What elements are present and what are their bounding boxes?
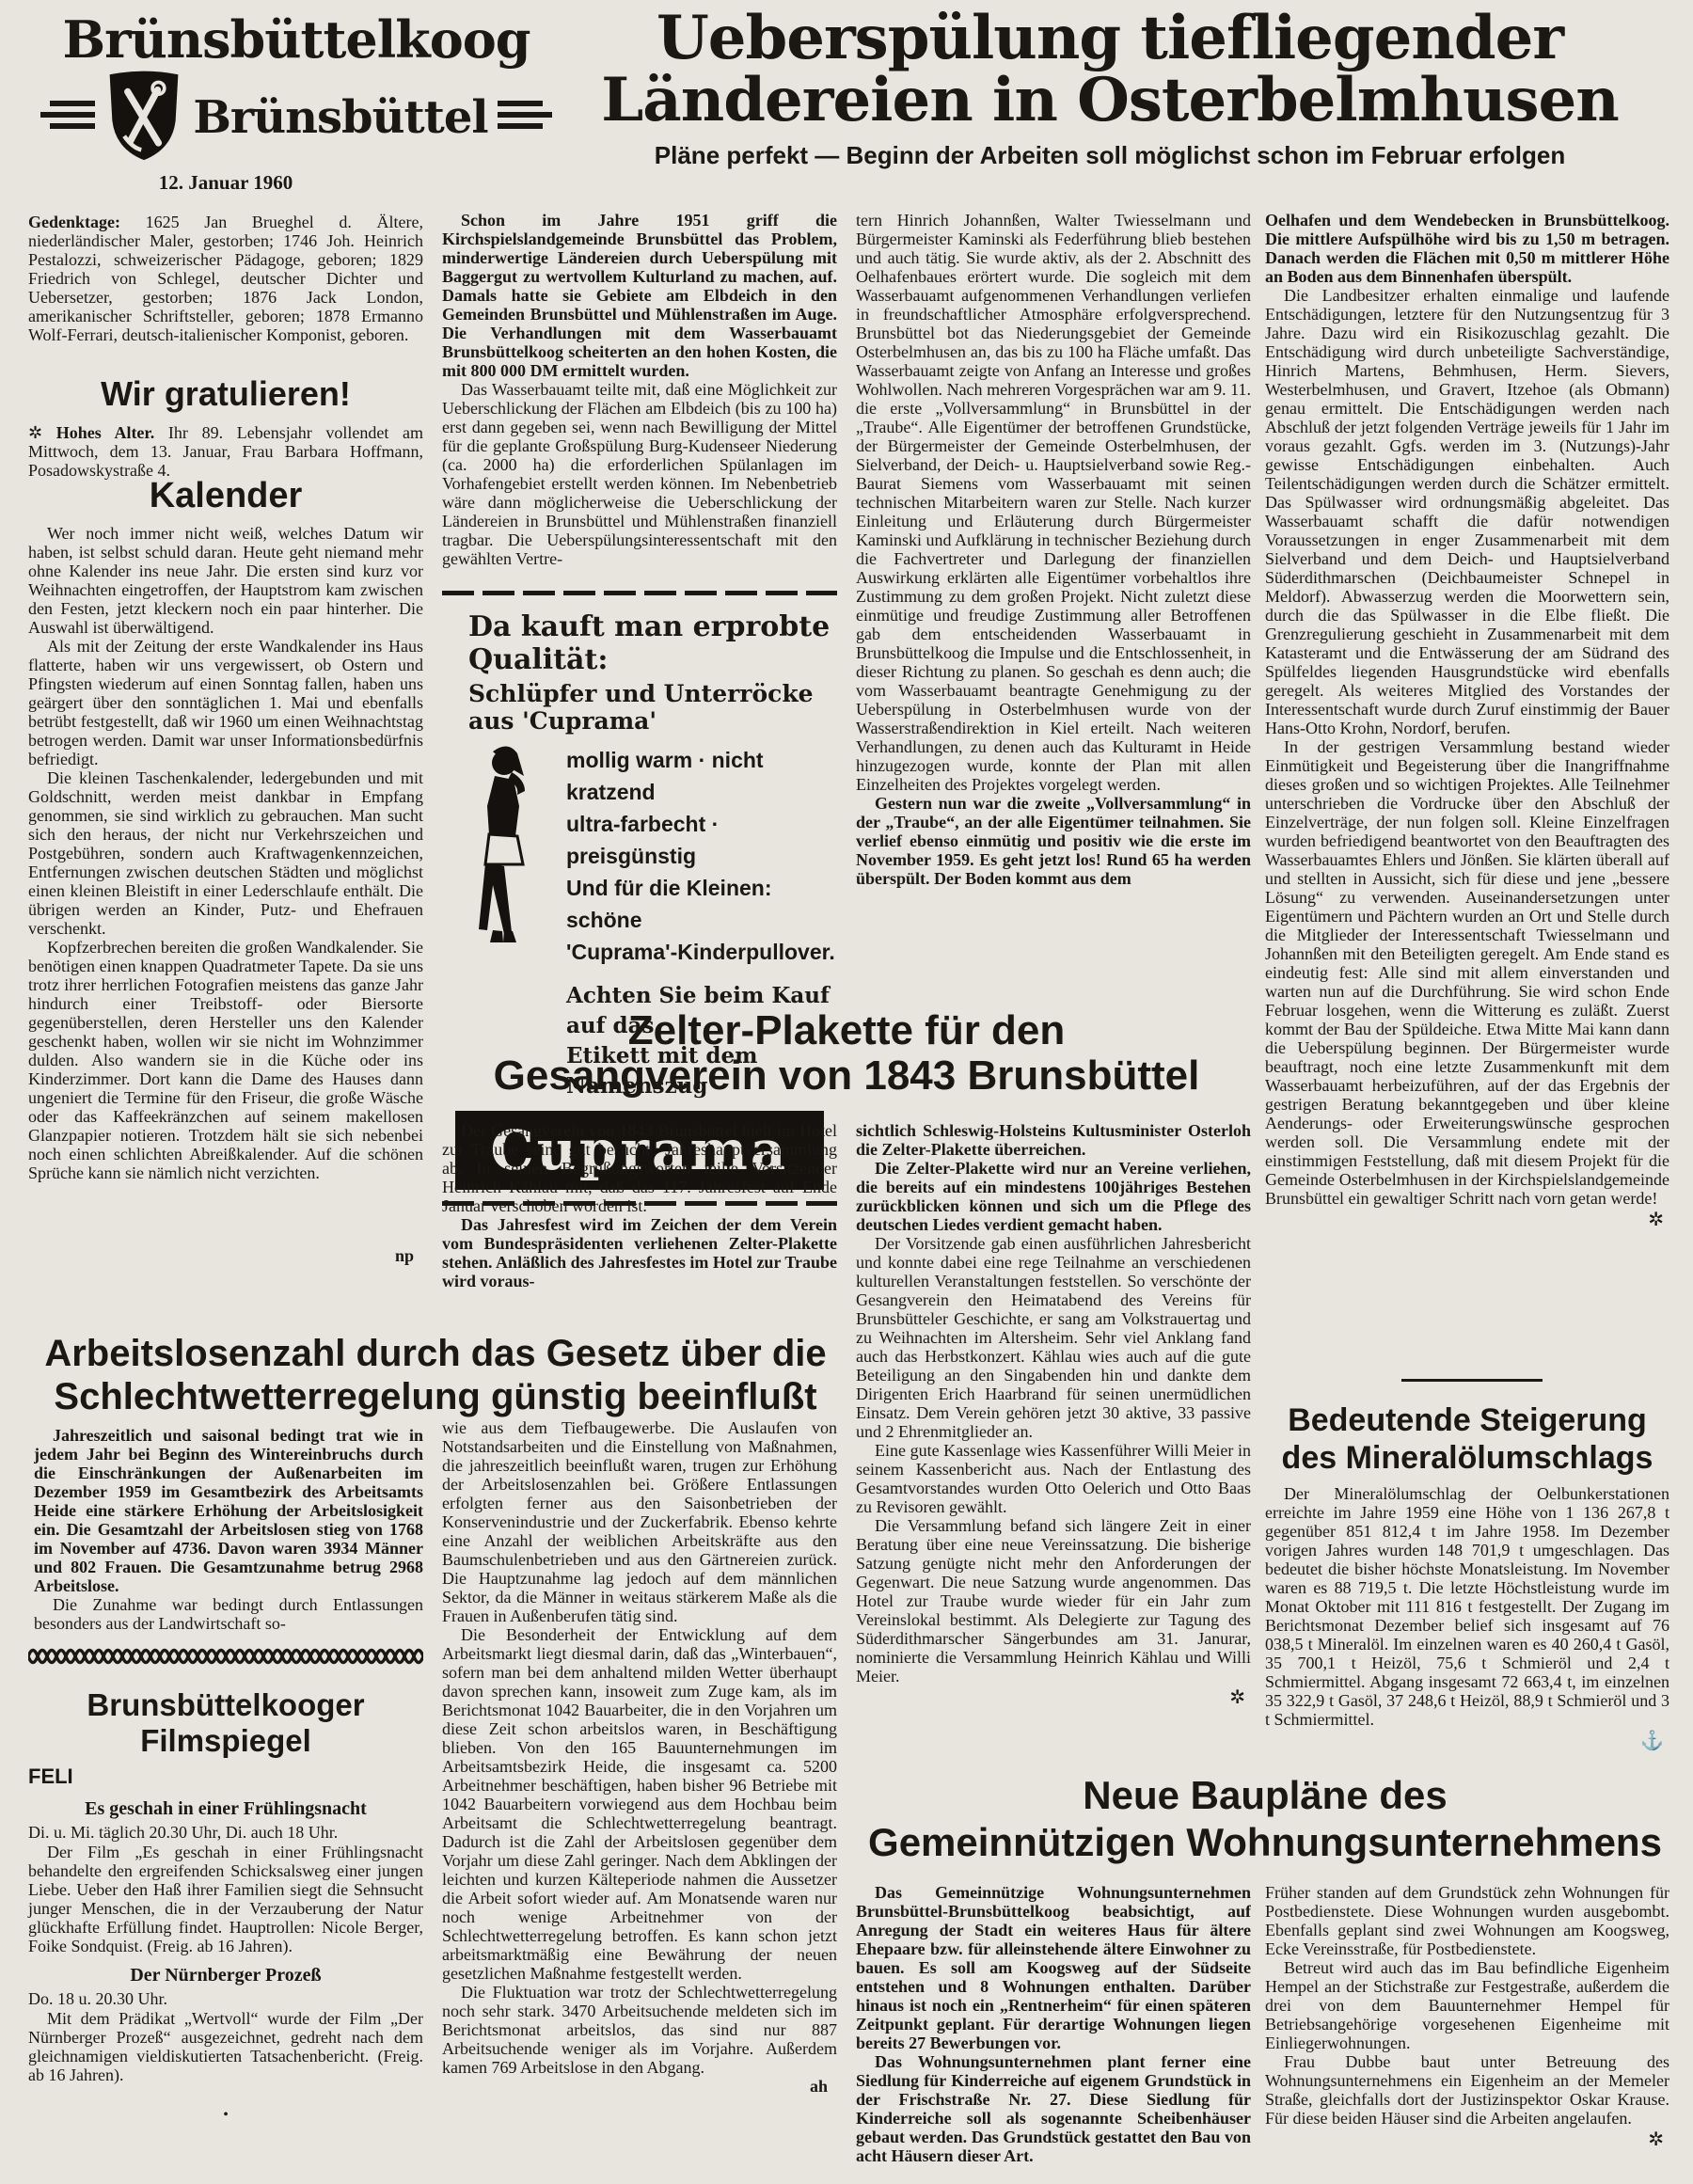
article-paragraph: Die Fluktuation war trotz der Schlechtwe… — [442, 1983, 837, 2077]
gratulieren-heading: Wir gratulieren! — [28, 374, 423, 414]
article-paragraph: Früher standen auf dem Grundstück zehn W… — [1265, 1883, 1669, 1958]
mineraloel-section: Bedeutende Steigerung des Mineralölumsch… — [1265, 1401, 1669, 1752]
film-review-1: Der Film „Es geschah in einer Frühlingsn… — [28, 1843, 423, 1955]
zelter-headline: Zelter-Plakette für den Gesangverein von… — [442, 1008, 1251, 1099]
masthead-title-line2: Brünsbüttel — [193, 91, 487, 144]
masthead-title-line1: Brünsbüttelkoog — [28, 13, 564, 66]
bauplaene-column-b: Früher standen auf dem Grundstück zehn W… — [1265, 1883, 1669, 2180]
film-title-2: Der Nürnberger Prozeß — [28, 1965, 423, 1986]
lead-headline-line2: Ländereien in Osterbelmhusen — [531, 70, 1688, 132]
mineraloel-heading: Bedeutende Steigerung des Mineralölumsch… — [1265, 1401, 1669, 1477]
gratulieren-section: Wir gratulieren! ✲ Hohes Alter. Ihr 89. … — [28, 374, 423, 480]
gedenktage-paragraph: Gedenktage: 1625 Jan Brueghel d. Ältere,… — [28, 213, 423, 344]
newspaper-page: Brünsbüttelkoog Brünsbüttel — [0, 0, 1693, 2184]
article-paragraph: Das Jahresfest wird im Zeichen der dem V… — [442, 1215, 837, 1290]
bauplaene-column-a: Das Gemeinnützige Wohnungsunternehmen Br… — [856, 1883, 1251, 2180]
lead-headline-line1: Ueberspülung tiefliegender — [531, 8, 1688, 70]
arbeitslose-column-1: Jahreszeitlich und saisonal bedingt trat… — [34, 1426, 423, 1642]
article-paragraph: Betreut wird auch das im Bau befindliche… — [1265, 1958, 1669, 2052]
article-paragraph: Das Wohnungsunternehmen plant ferner ein… — [856, 2052, 1251, 2165]
city-shield-anchor-icon — [104, 68, 183, 166]
ad-subline: Schlüpfer und Unterröcke aus 'Cuprama' — [468, 680, 837, 735]
article-paragraph: Das Wasserbauamt teilte mit, daß eine Mö… — [442, 380, 837, 568]
lead-subhead: Pläne perfekt — Beginn der Arbeiten soll… — [531, 141, 1688, 170]
flourish-left-icon — [40, 96, 95, 138]
article-paragraph: Der Vorsitzende gab einen ausführlichen … — [856, 1234, 1251, 1441]
article-paragraph: Als mit der Zeitung der erste Wandkalend… — [28, 637, 423, 768]
filmspiegel-heading: Brunsbüttelkooger Filmspiegel — [28, 1687, 423, 1759]
wave-divider-icon — [28, 1648, 423, 1670]
ad-headline: Da kauft man erprobte Qualität: — [468, 610, 837, 676]
article-paragraph: sichtlich Schleswig-Holsteins Kultusmini… — [856, 1121, 1251, 1159]
gedenktage-text: 1625 Jan Brueghel d. Ältere, niederländi… — [28, 213, 423, 344]
article-paragraph: tern Hinrich Johannßen, Walter Twiesselm… — [856, 211, 1251, 794]
article-paragraph: Die Versammlung befand sich längere Zeit… — [856, 1516, 1251, 1685]
mineraloel-body: Der Mineralölumschlag der Oelbunkerstati… — [1265, 1484, 1669, 1729]
lead-column-3: Oelhafen und dem Wendebecken in Brunsbüt… — [1265, 211, 1669, 1373]
arbeitslose-column-2: wie aus dem Tiefbaugewerbe. Die Auslaufe… — [442, 1418, 837, 2184]
mineraloel-endmark: ⚓ — [1265, 1729, 1669, 1752]
lead-column-1: Schon im Jahre 1951 griff die Kirchspiel… — [442, 211, 837, 587]
lead-column-2: tern Hinrich Johannßen, Walter Twiesselm… — [856, 211, 1251, 1003]
film-title-1: Es geschah in einer Frühlingsnacht — [28, 1798, 423, 1820]
ad-bullet-lines: mollig warm · nicht kratzend ultra-farbe… — [566, 744, 837, 968]
film-review-2: Mit dem Prädikat „Wertvoll“ wurde der Fi… — [28, 2009, 423, 2084]
article-paragraph: Oelhafen und dem Wendebecken in Brunsbüt… — [1265, 211, 1669, 286]
kalender-body: Wer noch immer nicht weiß, welches Datum… — [28, 524, 423, 1246]
ad-top-rule — [442, 591, 837, 595]
article-paragraph: Die kleinen Taschenkalender, ledergebund… — [28, 768, 423, 938]
bauplaene-headline: Neue Baupläne des Gemeinnützigen Wohnung… — [846, 1772, 1684, 1866]
cinema-name: FELI — [28, 1765, 423, 1789]
edition-date: 12. Januar 1960 — [28, 171, 423, 195]
film-times-2: Do. 18 u. 20.30 Uhr. — [28, 1988, 423, 2009]
arbeitslose-signature: ah — [442, 2077, 837, 2097]
article-paragraph: Frau Dubbe baut unter Betreuung des Wohn… — [1265, 2052, 1669, 2128]
article-paragraph: Schon im Jahre 1951 griff die Kirchspiel… — [442, 211, 837, 380]
filmspiegel-endmark: • — [28, 2107, 423, 2124]
article-paragraph: In der gestrigen Versammlung bestand wie… — [1265, 737, 1669, 1208]
gratulieren-lead: Hohes Alter. — [56, 423, 155, 442]
zelter-column-2: sichtlich Schleswig-Holsteins Kultusmini… — [856, 1121, 1251, 1766]
article-paragraph: Eine gute Kassenlage wies Kassenführer W… — [856, 1441, 1251, 1516]
zelter-endmark: ✲ — [856, 1685, 1251, 1709]
film-times-1: Di. u. Mi. täglich 20.30 Uhr, Di. auch 1… — [28, 1822, 423, 1843]
article-paragraph: Die Landbesitzer erhalten einmalige und … — [1265, 286, 1669, 737]
star-icon: ✲ — [28, 423, 42, 442]
bauplaene-endmark: ✲ — [1265, 2128, 1669, 2151]
gedenktage-label: Gedenktage: — [28, 213, 120, 231]
article-paragraph: Das Gemeinnützige Wohnungsunternehmen Br… — [856, 1883, 1251, 2052]
lead-endmark: ✲ — [1265, 1208, 1669, 1231]
zelter-column-1: Der Gesangverein von 1843 Brunsbüttel hi… — [442, 1121, 837, 1328]
filmspiegel-section: Brunsbüttelkooger Filmspiegel FELI Es ge… — [28, 1687, 423, 2124]
article-paragraph: Jahreszeitlich und saisonal bedingt trat… — [34, 1426, 423, 1595]
article-paragraph: Wer noch immer nicht weiß, welches Datum… — [28, 524, 423, 637]
arbeitslose-headline: Arbeitslosenzahl durch das Gesetz über d… — [34, 1332, 837, 1418]
article-paragraph: Die Besonderheit der Entwicklung auf dem… — [442, 1625, 837, 1983]
masthead: Brünsbüttelkoog Brünsbüttel — [28, 13, 564, 166]
cuprama-ad: Da kauft man erprobte Qualität: Schlüpfe… — [442, 591, 837, 1001]
lead-article-header: Ueberspülung tiefliegender Ländereien in… — [531, 8, 1688, 170]
article-paragraph: Der Gesangverein von 1843 Brunsbüttel hi… — [442, 1121, 837, 1215]
article-paragraph: Die Zunahme war bedingt durch Entlassung… — [34, 1595, 423, 1633]
kalender-section: Kalender Wer noch immer nicht weiß, welc… — [28, 476, 423, 1266]
article-paragraph: Gestern nun war die zweite „Vollversamml… — [856, 794, 1251, 888]
section-divider-rule — [1401, 1379, 1543, 1382]
kalender-heading: Kalender — [28, 476, 423, 516]
article-paragraph: Kopfzerbrechen bereiten die großen Wandk… — [28, 938, 423, 1182]
kalender-signature: np — [28, 1246, 423, 1266]
article-paragraph: wie aus dem Tiefbaugewerbe. Die Auslaufe… — [442, 1418, 837, 1625]
article-paragraph: Die Zelter-Plakette wird nur an Vereine … — [856, 1159, 1251, 1234]
article-paragraph: Der Mineralölumschlag der Oelbunkerstati… — [1265, 1484, 1669, 1729]
